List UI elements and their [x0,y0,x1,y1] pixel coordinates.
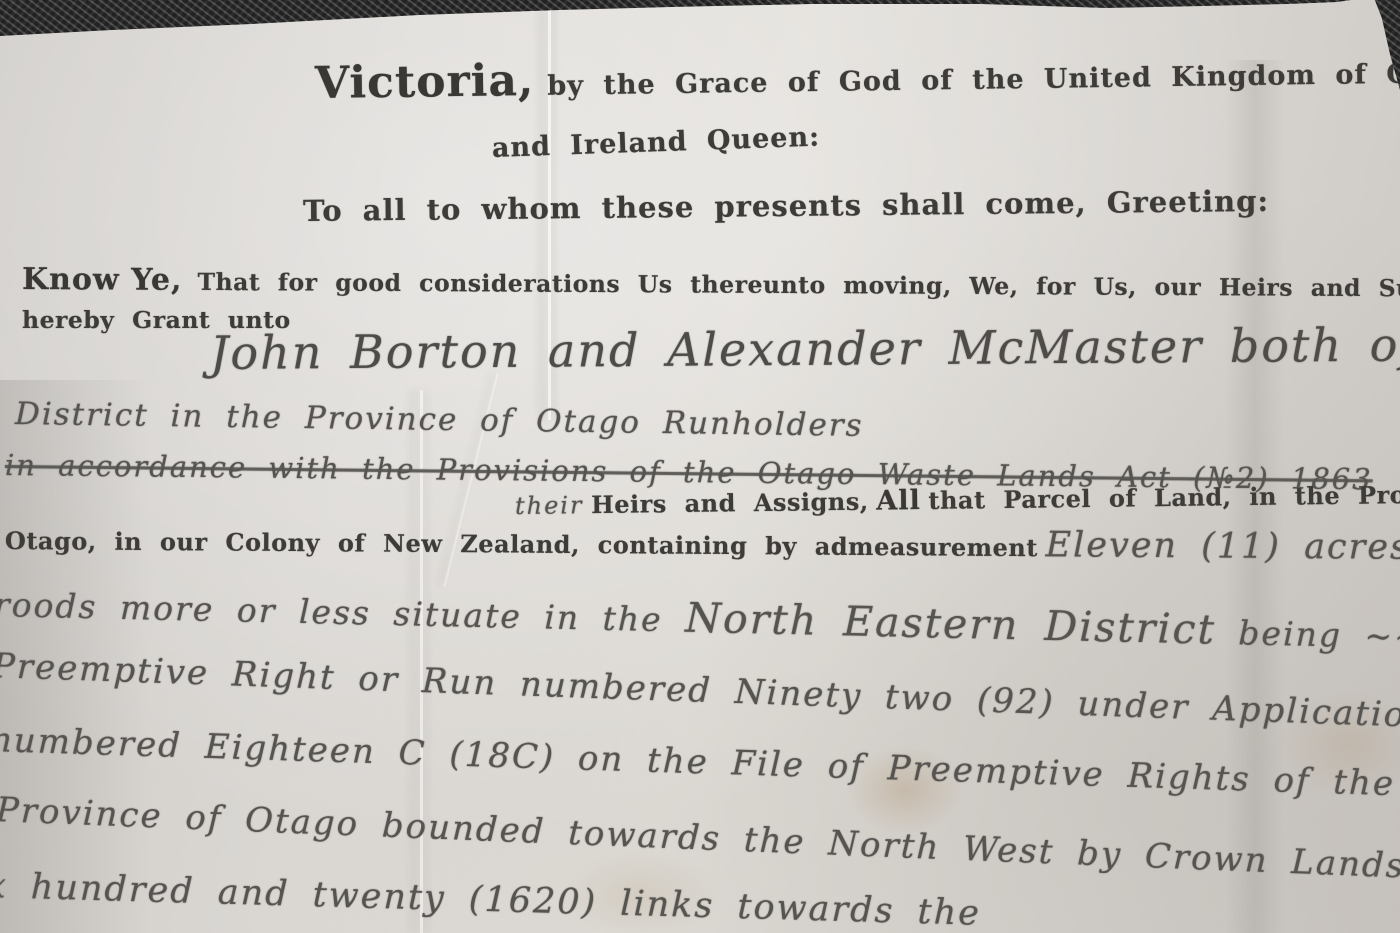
links-measurement-line: x hundred and twenty (1620) links toward… [0,866,981,933]
know-ye-initial: Know Ye, [22,262,183,298]
greeting-line: To all to whom these presents shall come… [303,184,1270,228]
area-handwritten: Eleven (11) acres and Two (2) [1045,525,1400,569]
preemptive-right-line: Preemptive Right or Run numbered Ninety … [0,646,1400,736]
otago-printed: Otago, in our Colony of New Zealand, con… [5,526,1038,562]
royal-title-line2: and Ireland Queen: [491,122,820,164]
roods-pre: roods more or less situate in the [0,585,663,639]
being-squiggle: being ~~~~ [1238,613,1400,658]
district-name: North Eastern District [685,594,1217,654]
district-handwritten-line: District in the Province of Otago Runhol… [15,396,864,444]
grantees-handwritten-line: John Borton and Alexander McMaster both … [210,316,1400,380]
application-number-line: numbered Eighteen C (18C) on the File of… [0,720,1400,810]
royal-title-rest: by the Grace of God of the United Kingdo… [547,56,1400,102]
document-photo: Victoria, by the Grace of God of the Uni… [0,0,1400,933]
parchment-paper: Victoria, by the Grace of God of the Uni… [0,0,1400,933]
know-ye-rest: That for good considerations Us thereunt… [198,268,1400,303]
otago-admeasurement-line: Otago, in our Colony of New Zealand, con… [5,518,1400,570]
their-handwritten: their [515,491,584,520]
know-ye-line: Know Ye, That for good considerations Us… [22,262,1400,305]
heirs-printed: Heirs and Assigns, [591,487,869,519]
all-blackletter: All [876,485,921,517]
royal-title-line: Victoria, by the Grace of God of the Uni… [315,40,1400,109]
roods-line: roods more or less situate in the North … [0,578,1400,660]
parcel-printed: that Parcel of Land, in the Province [928,479,1400,515]
royal-title-initial: Victoria, [315,55,535,109]
